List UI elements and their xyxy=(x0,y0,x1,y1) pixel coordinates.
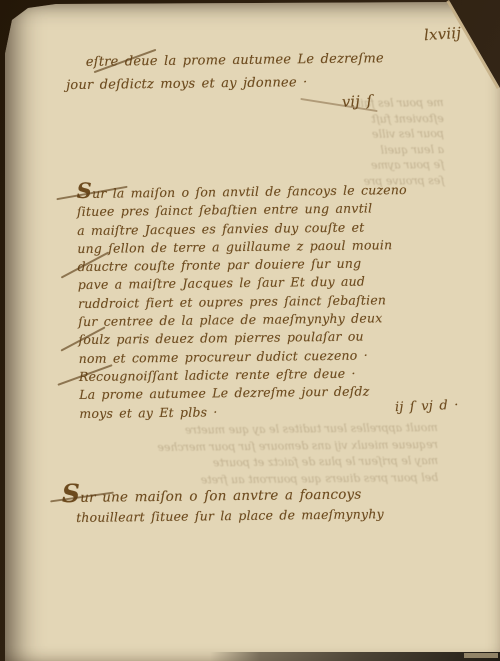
manuscript-photo: me pour les fait eſtovient fuſt pour les… xyxy=(0,0,500,661)
page-edges-bottom xyxy=(0,652,500,661)
underpage-edge-bottom xyxy=(464,653,498,658)
manuscript-line: moys et ay Et plbs · xyxy=(79,401,413,423)
manuscript-line: eſtre deue la prome autumee Le dezreſme xyxy=(86,47,406,74)
bleedthrough-line: ſe pour ayme xyxy=(258,157,444,174)
entry-main: Sur la maiſon o ſon anvtil de fancoys le… xyxy=(77,178,414,423)
amount-notation: ij ſ vj d · xyxy=(395,398,459,415)
entry-continuation: eſtre deue la prome autumee Le dezreſme … xyxy=(66,47,407,97)
folio-number: lxviij xyxy=(423,24,461,45)
manuscript-page: me pour les fait eſtovient fuſt pour les… xyxy=(0,0,500,661)
manuscript-line: thouilleart ſituee ſur la place de maeſm… xyxy=(76,504,412,528)
bleedthrough-line: pour les ville xyxy=(258,126,444,143)
manuscript-line: jour deſdictz moys et ay jdonnee · xyxy=(66,70,406,97)
entry-next-heading: Sur une maiſon o ſon anvtre a foancoys t… xyxy=(62,480,413,528)
